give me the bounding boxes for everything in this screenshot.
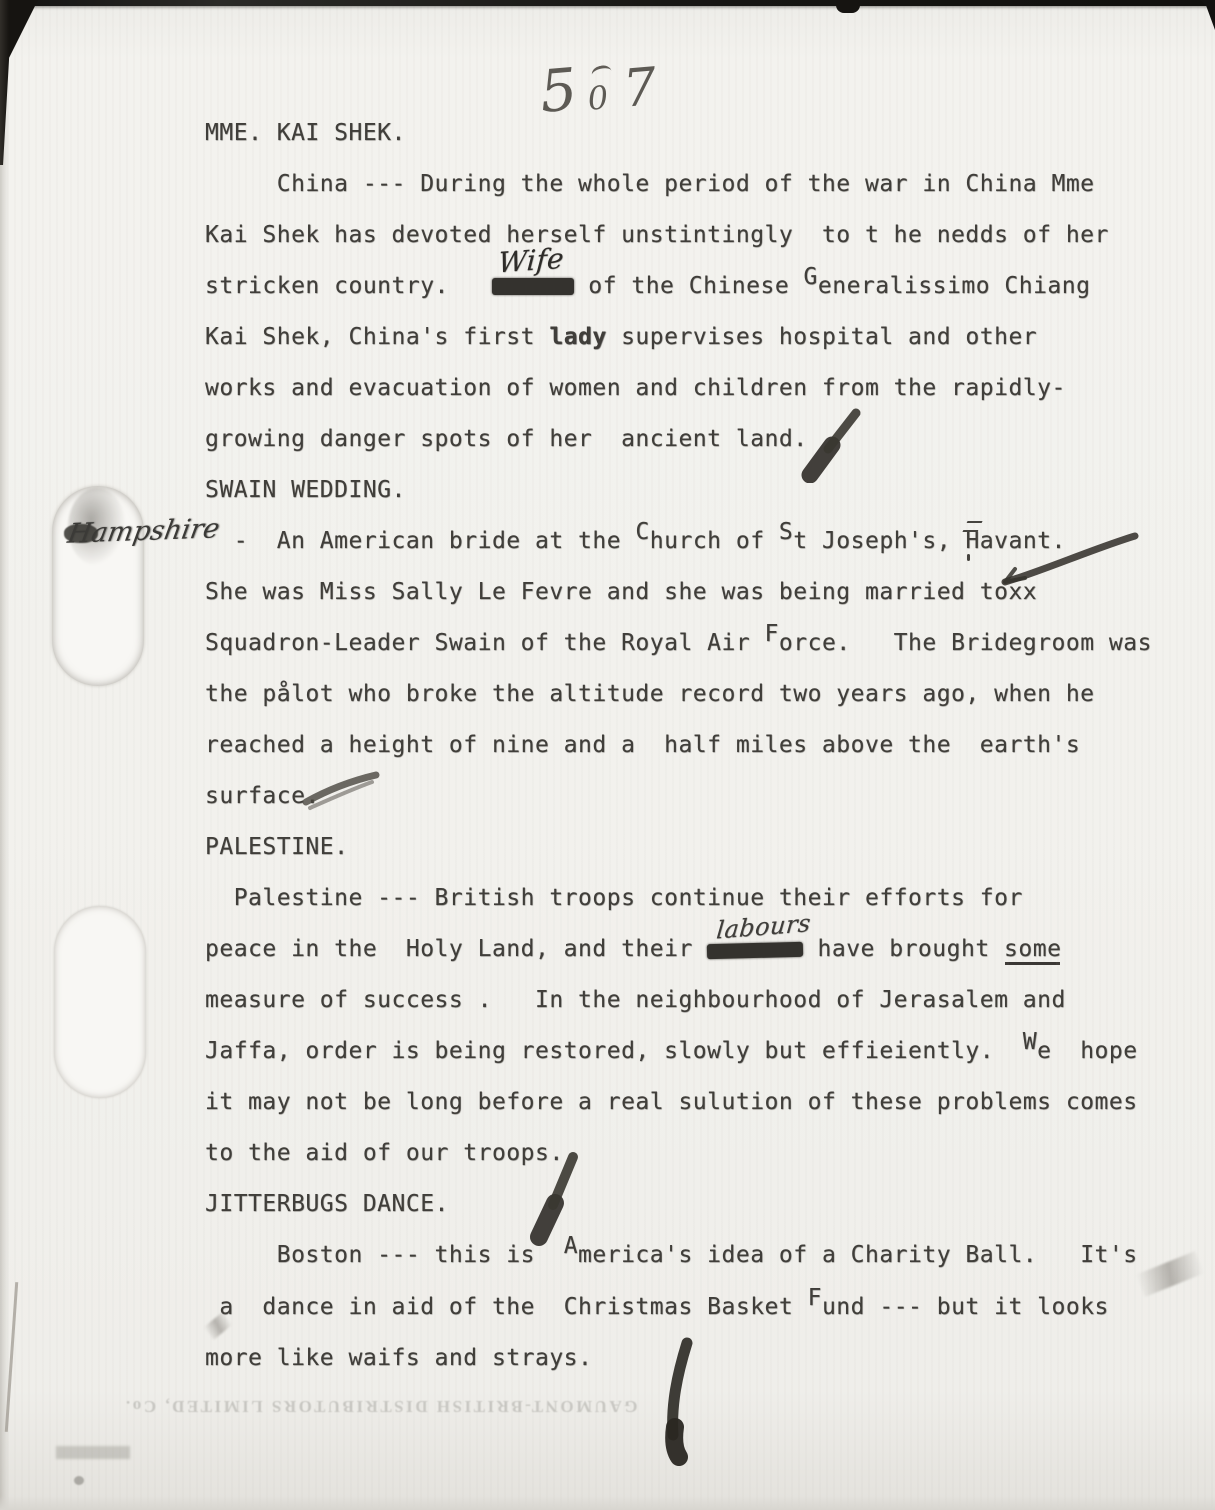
text-line: to the aid of our troops. bbox=[205, 1140, 564, 1166]
text-line: Kai Shek has devoted herself unstintingl… bbox=[205, 222, 1109, 248]
line-text: growing danger spots of her ancient land… bbox=[205, 426, 808, 452]
scan-left-edge bbox=[0, 0, 9, 1510]
overstruck-word: lady bbox=[549, 324, 606, 350]
text-line: She was Miss Sally Le Fevre and she was … bbox=[205, 579, 1037, 605]
raised-capital: F bbox=[765, 621, 779, 647]
line-text: works and evacuation of women and childr… bbox=[205, 375, 1066, 401]
text-line: measure of success . In the neighbourhoo… bbox=[205, 987, 1066, 1013]
line-text: reached a height of nine and a half mile… bbox=[205, 732, 1080, 758]
pen-slash-mark bbox=[525, 1145, 589, 1249]
line-text: of the Chinese bbox=[574, 273, 804, 299]
line-text: Squadron-Leader Swain of the Royal Air bbox=[205, 630, 765, 656]
raised-capital: C bbox=[635, 519, 649, 545]
text-line: Jaffa, order is being restored, slowly b… bbox=[205, 1038, 1138, 1064]
pen-slash-mark bbox=[645, 1335, 715, 1469]
pencil-smudge bbox=[1136, 1251, 1204, 1297]
line-text: eneralissimo Chiang bbox=[818, 273, 1091, 299]
section-heading-palestine: PALESTINE. bbox=[205, 834, 348, 860]
scan-bottom-edge bbox=[0, 1496, 1215, 1510]
bleed-through-smudge bbox=[56, 1446, 130, 1459]
paper-stain bbox=[54, 906, 146, 1098]
line-text: - An American bride at the bbox=[205, 528, 635, 554]
line-text: measure of success . In the neighbourhoo… bbox=[205, 987, 1066, 1013]
line-text: und --- but it looks bbox=[822, 1294, 1109, 1320]
bleed-through-dot bbox=[74, 1476, 84, 1485]
line-text: a dance in aid of the Christmas Basket bbox=[205, 1294, 808, 1320]
page-number-digit: 5 bbox=[538, 60, 580, 121]
text-line: Kai Shek, China's first lady supervises … bbox=[205, 324, 1037, 350]
text-line: Squadron-Leader Swain of the Royal Air F… bbox=[205, 630, 1152, 656]
line-text: stricken country. bbox=[205, 273, 492, 299]
raised-capital: F bbox=[808, 1285, 822, 1311]
pen-caret-mark bbox=[590, 64, 613, 83]
handwritten-page-number: 5 0 7 bbox=[538, 53, 659, 123]
text-line: China --- During the whole period of the… bbox=[205, 171, 1095, 197]
raised-capital: G bbox=[804, 264, 818, 290]
line-text: peace in the Holy Land, and their bbox=[205, 936, 707, 962]
raised-capital: S bbox=[779, 519, 793, 545]
text-line: - An American bride at the Church of St … bbox=[205, 528, 1066, 554]
scan-top-edge-mark bbox=[836, 0, 860, 13]
handwritten-correction-wife: Wife bbox=[497, 246, 565, 277]
raised-capital: A bbox=[564, 1233, 578, 1259]
line-text: Boston --- this is bbox=[205, 1242, 564, 1268]
page-number-digit: 0 bbox=[586, 81, 609, 115]
handwritten-margin-note-hampshire: Hampshire bbox=[65, 513, 222, 549]
heading-text: MME. KAI SHEK. bbox=[205, 120, 406, 146]
pen-slash-mark bbox=[800, 405, 866, 483]
page-number-digit: 7 bbox=[621, 61, 658, 116]
line-text: orce. The Bridegroom was bbox=[779, 630, 1152, 656]
bleed-through-letterhead: GAUMONT-BRITISH DISTRIBUTORS LIMITED, Co… bbox=[108, 1396, 653, 1416]
scanned-document-page: 5 0 7 MME. KAI SHEK. China --- During th… bbox=[0, 0, 1215, 1510]
heading-text: JITTERBUGS DANCE. bbox=[205, 1191, 449, 1217]
section-heading-mme-kai-shek: MME. KAI SHEK. bbox=[205, 120, 406, 146]
inked-out-word: Wife bbox=[492, 278, 574, 295]
text-line: Palestine --- British troops continue th… bbox=[205, 885, 1023, 911]
line-text: She was Miss Sally Le Fevre and she was … bbox=[205, 579, 1037, 605]
line-text: hurch of bbox=[650, 528, 779, 554]
line-text: more like waifs and strays. bbox=[205, 1345, 592, 1371]
heading-text: SWAIN WEDDING. bbox=[205, 477, 406, 503]
text-line: works and evacuation of women and childr… bbox=[205, 375, 1066, 401]
text-line: Boston --- this is America's idea of a C… bbox=[205, 1242, 1138, 1268]
text-line: the pålot who broke the altitude record … bbox=[205, 681, 1095, 707]
inked-out-word: labours bbox=[707, 942, 803, 960]
text-line-with-correction: stricken country. Wife of the Chinese Ge… bbox=[205, 273, 1090, 299]
line-text: Jaffa, order is being restored, slowly b… bbox=[205, 1038, 1023, 1064]
raised-capital: W bbox=[1023, 1029, 1037, 1055]
line-text: merica's idea of a Charity Ball. It's bbox=[578, 1242, 1138, 1268]
line-text: to the aid of our troops. bbox=[205, 1140, 564, 1166]
line-text: the pålot who broke the altitude record … bbox=[205, 681, 1095, 707]
heading-text: PALESTINE. bbox=[205, 834, 348, 860]
line-text: supervises hospital and other bbox=[607, 324, 1037, 350]
line-text: Palestine --- British troops continue th… bbox=[205, 885, 1023, 911]
text-line: more like waifs and strays. bbox=[205, 1345, 592, 1371]
handwritten-correction-labours: labours bbox=[715, 910, 812, 944]
line-text: e hope bbox=[1037, 1038, 1137, 1064]
text-line-with-correction: peace in the Holy Land, and their labour… bbox=[205, 936, 1061, 962]
line-text: have brought bbox=[803, 936, 1004, 962]
line-text: t Joseph's, bbox=[793, 528, 965, 554]
line-text: Kai Shek has devoted herself unstintingl… bbox=[205, 222, 1109, 248]
text-line: it may not be long before a real sulutio… bbox=[205, 1089, 1138, 1115]
pen-scribble-mark bbox=[298, 768, 388, 814]
underlined-word: some bbox=[1004, 936, 1061, 962]
line-text: it may not be long before a real sulutio… bbox=[205, 1089, 1138, 1115]
text-line: growing danger spots of her ancient land… bbox=[205, 426, 808, 452]
text-line: reached a height of nine and a half mile… bbox=[205, 732, 1080, 758]
scan-top-edge bbox=[0, 0, 1215, 6]
section-heading-jitterbugs-dance: JITTERBUGS DANCE. bbox=[205, 1191, 449, 1217]
line-text: Kai Shek, China's first bbox=[205, 324, 549, 350]
text-line: a dance in aid of the Christmas Basket F… bbox=[205, 1294, 1109, 1320]
pen-tick-mark bbox=[995, 528, 1150, 592]
line-text: China --- During the whole period of the… bbox=[205, 171, 1095, 197]
section-heading-swain-wedding: SWAIN WEDDING. bbox=[205, 477, 406, 503]
